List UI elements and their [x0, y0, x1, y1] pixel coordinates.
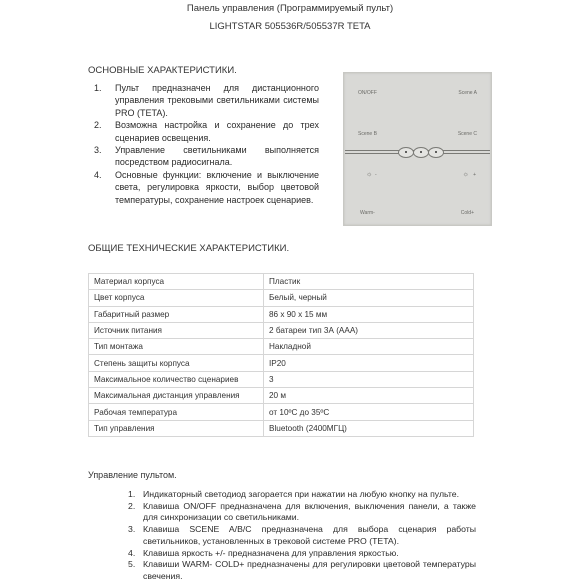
sun-icon: ☼ [366, 171, 372, 178]
list-item: 3.Управление светильниками выполняется п… [94, 144, 319, 169]
sun-icon: ☼ [463, 171, 469, 178]
list-item: 5.Клавиши WARM- COLD+ предназначены для … [128, 559, 476, 580]
item-text: Клавиша ON/OFF предназначена для включен… [143, 501, 476, 524]
table-row: Рабочая температураот 10ºС до 35ºС [89, 404, 474, 420]
spec-key: Цвет корпуса [89, 290, 264, 306]
table-row: Тип управленияBluetooth (2400МГЦ) [89, 420, 474, 436]
table-row: Степень защиты корпусаIP20 [89, 355, 474, 371]
spec-key: Габаритный размер [89, 306, 264, 322]
item-number: 1. [94, 82, 115, 119]
usage-list: 1.Индикаторный светодиод загорается при … [128, 489, 476, 580]
spec-value: 3 [264, 371, 474, 387]
spec-value: Белый, черный [264, 290, 474, 306]
technical-heading: ОБЩИЕ ТЕХНИЧЕСКИЕ ХАРАКТЕРИСТИКИ. [88, 243, 289, 254]
panel-label-scene-b: Scene B [358, 131, 377, 137]
table-row: Максимальное количество сценариев3 [89, 371, 474, 387]
spec-value: Пластик [264, 274, 474, 290]
usage-heading: Управление пультом. [88, 470, 177, 480]
item-number: 2. [128, 501, 143, 524]
list-item: 2.Возможна настройка и сохранение до тре… [94, 119, 319, 144]
item-number: 1. [128, 489, 143, 501]
list-item: 3.Клавиша SCENE A/B/C предназначена для … [128, 524, 476, 547]
list-item: 1.Индикаторный светодиод загорается при … [128, 489, 476, 501]
technical-specs-table: Материал корпусаПластик Цвет корпусаБелы… [88, 273, 474, 437]
spec-key: Рабочая температура [89, 404, 264, 420]
item-text: Управление светильниками выполняется пос… [115, 144, 319, 169]
remote-panel-photo: ON/OFF Scene A Scene B Scene C ☼ - ☼ + W… [343, 72, 492, 226]
spec-value: 2 батареи тип 3А (AAA) [264, 322, 474, 338]
list-item: 1.Пульт предназначен для дистанционного … [94, 82, 319, 119]
table-row: Источник питания2 батареи тип 3А (AAA) [89, 322, 474, 338]
list-item: 2.Клавиша ON/OFF предназначена для включ… [128, 501, 476, 524]
spec-value: 20 м [264, 388, 474, 404]
item-number: 4. [128, 548, 143, 560]
table-row: Тип монтажаНакладной [89, 339, 474, 355]
spec-key: Степень защиты корпуса [89, 355, 264, 371]
panel-label-scene-a: Scene A [458, 90, 477, 96]
spec-key: Максимальная дистанция управления [89, 388, 264, 404]
item-number: 3. [94, 144, 115, 169]
spec-key: Источник питания [89, 322, 264, 338]
document-title: Панель управления (Программируемый пульт… [0, 3, 580, 14]
item-text: Пульт предназначен для дистанционного уп… [115, 82, 319, 119]
table-row: Габаритный размер86 x 90 x 15 мм [89, 306, 474, 322]
panel-label-brightness-minus: - [375, 172, 377, 178]
item-text: Индикаторный светодиод загорается при на… [143, 489, 476, 501]
indicator-leds [398, 147, 443, 158]
spec-value: Bluetooth (2400МГЦ) [264, 420, 474, 436]
panel-label-on-off: ON/OFF [358, 90, 377, 96]
spec-value: Накладной [264, 339, 474, 355]
led-icon [428, 147, 444, 158]
item-text: Клавиша SCENE A/B/C предназначена для вы… [143, 524, 476, 547]
main-characteristics-heading: ОСНОВНЫЕ ХАРАКТЕРИСТИКИ. [88, 65, 237, 76]
spec-value: IP20 [264, 355, 474, 371]
item-text: Клавиша яркость +/- предназначена для уп… [143, 548, 476, 560]
item-text: Клавиши WARM- COLD+ предназначены для ре… [143, 559, 476, 580]
spec-key: Материал корпуса [89, 274, 264, 290]
panel-label-warm: Warm- [360, 210, 375, 216]
item-number: 3. [128, 524, 143, 547]
spec-value: 86 x 90 x 15 мм [264, 306, 474, 322]
main-characteristics-list: 1.Пульт предназначен для дистанционного … [94, 82, 319, 206]
list-item: 4.Клавиша яркость +/- предназначена для … [128, 548, 476, 560]
spec-key: Тип монтажа [89, 339, 264, 355]
spec-value: от 10ºС до 35ºС [264, 404, 474, 420]
item-number: 2. [94, 119, 115, 144]
item-text: Основные функции: включение и выключение… [115, 169, 319, 206]
item-text: Возможна настройка и сохранение до трех … [115, 119, 319, 144]
table-row: Максимальная дистанция управления20 м [89, 388, 474, 404]
led-icon [413, 147, 429, 158]
model-name: LIGHTSTAR 505536R/505537R TETA [0, 21, 580, 32]
spec-key: Максимальное количество сценариев [89, 371, 264, 387]
item-number: 5. [128, 559, 143, 580]
spec-key: Тип управления [89, 420, 264, 436]
panel-label-brightness-plus: + [473, 172, 476, 178]
list-item: 4.Основные функции: включение и выключен… [94, 169, 319, 206]
panel-label-cold: Cold+ [461, 210, 474, 216]
led-icon [398, 147, 414, 158]
table-row: Материал корпусаПластик [89, 274, 474, 290]
panel-label-scene-c: Scene C [458, 131, 477, 137]
table-row: Цвет корпусаБелый, черный [89, 290, 474, 306]
item-number: 4. [94, 169, 115, 206]
